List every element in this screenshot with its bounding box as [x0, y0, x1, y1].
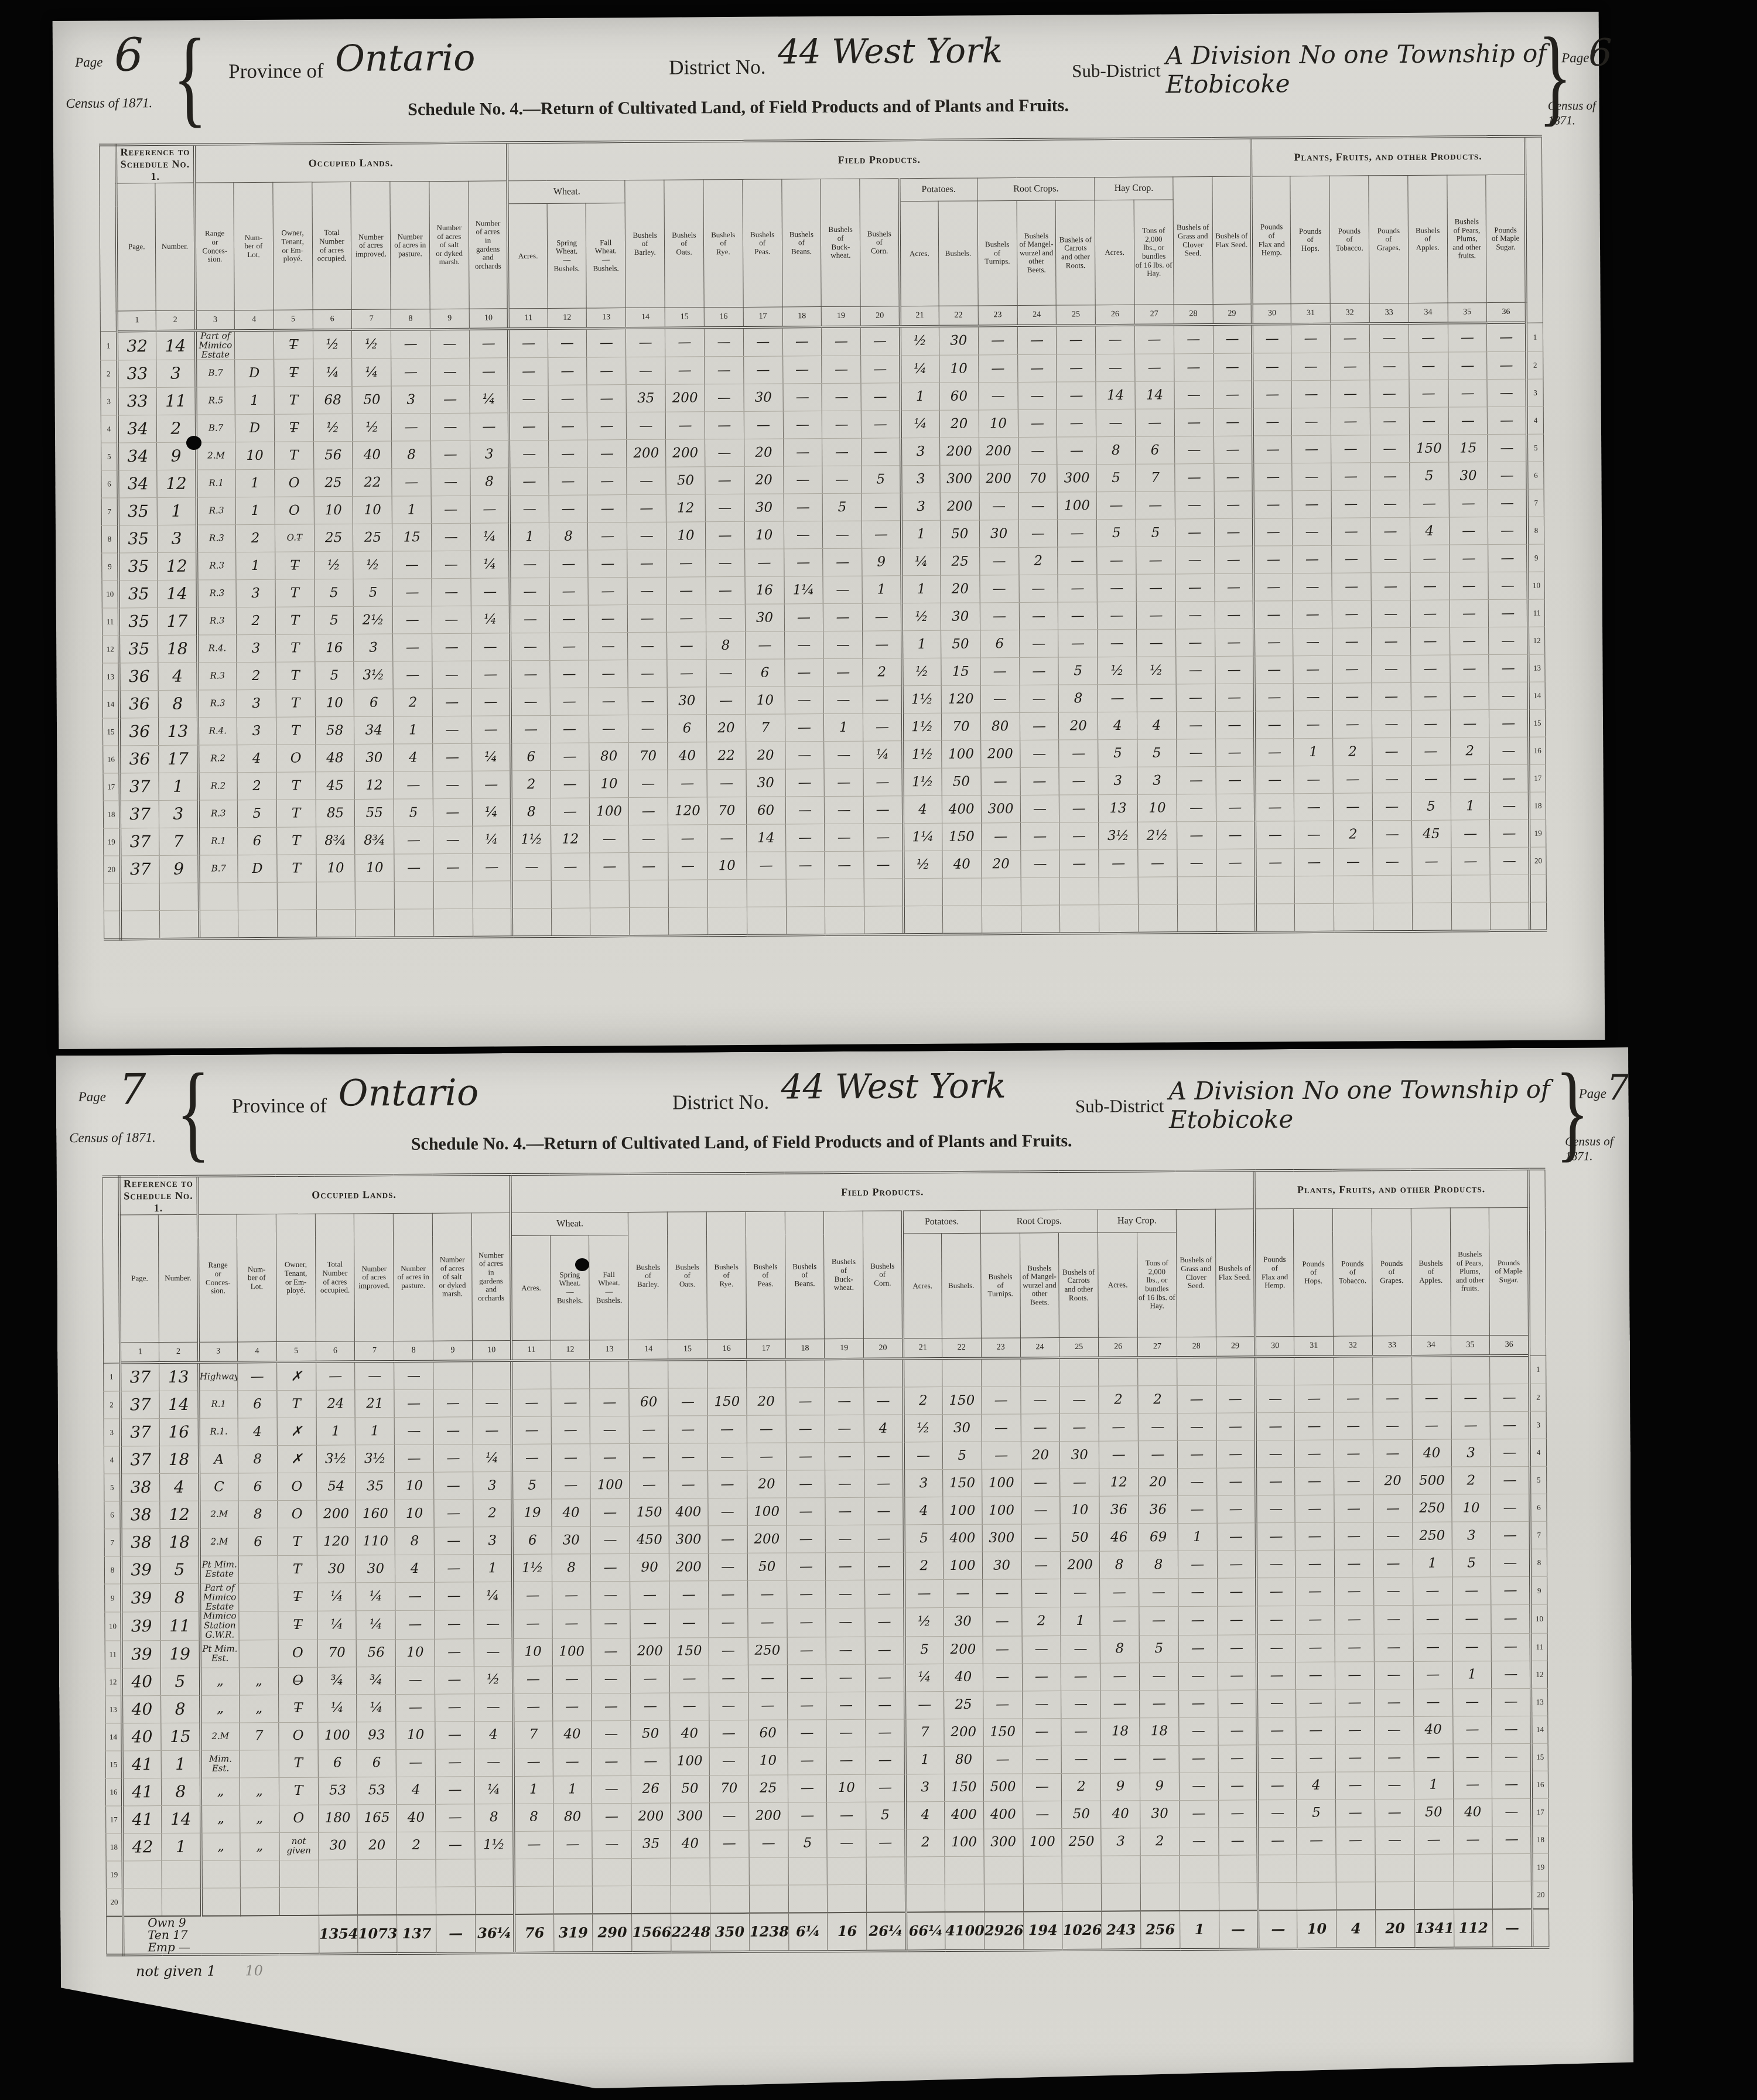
table-cell: — [1334, 1385, 1373, 1412]
page-word-right: Page [1561, 50, 1589, 66]
table-cell: — [1492, 1771, 1532, 1798]
table-cell: 25 [944, 1691, 983, 1719]
table-cell: — [1098, 685, 1137, 712]
table-cell [162, 1888, 201, 1916]
table-cell: — [709, 1747, 748, 1775]
column-header: 28 [1174, 304, 1213, 325]
table-cell [1101, 1855, 1140, 1883]
table-cell: ¼ [474, 1776, 514, 1804]
table-cell: 45 [1411, 820, 1451, 848]
table-cell: — [982, 1442, 1021, 1469]
row-number: 3 [1530, 1411, 1547, 1439]
census-label-right: Census of 1871. [1565, 1134, 1629, 1164]
table-cell: — [705, 412, 744, 439]
column-header: 19 [825, 1338, 864, 1359]
table-cell [629, 1360, 668, 1389]
table-cell: — [1256, 1467, 1295, 1495]
table-cell: 200 [627, 439, 666, 467]
table-cell: ½ [901, 603, 941, 631]
table-cell: 15 [1448, 435, 1488, 462]
table-cell: 100 [552, 1638, 592, 1665]
table-cell: — [627, 467, 666, 494]
row-number [1530, 902, 1547, 931]
row-number: 2 [1526, 351, 1543, 379]
table-cell: — [1370, 463, 1410, 490]
table-cell: 400 [983, 1801, 1023, 1828]
table-cell: 70 [941, 713, 980, 740]
table-cell: — [1333, 711, 1372, 738]
table-cell [514, 1886, 553, 1914]
table-cell: — [1214, 408, 1253, 436]
table-cell: — [591, 1581, 630, 1610]
column-header: 36 [1487, 302, 1526, 323]
row-number: 12 [102, 636, 119, 663]
table-cell: — [471, 688, 511, 716]
table-cell: C [199, 1473, 238, 1501]
row-number: 3 [104, 1419, 121, 1446]
table-cell [1023, 1856, 1062, 1883]
table-cell: — [430, 413, 470, 441]
table-cell: — [787, 1553, 826, 1580]
table-cell: — [1214, 436, 1253, 463]
table-cell: — [866, 1774, 905, 1801]
table-cell: 35 [626, 384, 665, 412]
table-cell [982, 906, 1021, 934]
column-header: 28 [1177, 1337, 1216, 1357]
table-cell: — [822, 383, 861, 411]
table-cell: R.3 [196, 497, 235, 525]
table-cell: 20 [744, 466, 784, 494]
table-cell: 5 [823, 493, 862, 521]
column-header: 29 [1216, 1337, 1255, 1357]
table-cell: 50 [1414, 1799, 1453, 1826]
table-cell: 200 [1061, 1551, 1100, 1579]
table-cell [593, 1858, 632, 1886]
row-number: 11 [1531, 1633, 1548, 1661]
table-cell: Part of Mimico Estate [200, 1583, 239, 1612]
table-cell: 8 [1139, 1551, 1178, 1579]
table-cell: — [705, 494, 744, 522]
table-cell: — [1488, 572, 1527, 599]
table-cell: — [665, 357, 705, 384]
table-cell: — [1216, 794, 1255, 821]
table-cell: 1 [900, 383, 939, 411]
table-cell: ½ [903, 1415, 942, 1442]
table-cell: 40 [353, 441, 392, 469]
table-cell [746, 1360, 785, 1388]
column-header: Number. [155, 183, 195, 310]
table-cell: 20 [982, 851, 1021, 878]
table-cell: — [1059, 1386, 1099, 1413]
table-cell: 100 [1023, 1828, 1062, 1856]
table-cell: — [784, 604, 823, 631]
table-cell: — [1017, 354, 1057, 382]
table-cell: — [1058, 520, 1097, 547]
table-cell: — [473, 1416, 512, 1444]
column-header: Plants, Fruits, and other Products. [1254, 1169, 1528, 1209]
table-cell: 14 [1096, 382, 1135, 409]
table-cell: 1 [824, 713, 863, 741]
table-cell [1216, 876, 1256, 904]
column-header: Number of acres of salt or dyked marsh. [432, 1213, 472, 1341]
ink-dot [575, 1258, 589, 1271]
table-cell: — [1213, 325, 1252, 354]
table-cell: — [1291, 381, 1331, 408]
table-cell: — [394, 1417, 433, 1445]
column-header: 26 [1099, 1337, 1138, 1358]
column-header: 34 [1411, 1336, 1451, 1356]
table-cell: R.1 [196, 470, 235, 497]
district-value: 44 West York [781, 1066, 1006, 1107]
table-cell: — [550, 688, 589, 715]
table-cell: — [743, 356, 782, 384]
table-cell: — [826, 1609, 865, 1637]
table-cell: 30 [979, 520, 1018, 548]
table-cell: — [552, 1693, 592, 1720]
row-number: 5 [1527, 434, 1544, 462]
column-header: Potatoes. [899, 178, 977, 202]
subdistrict-value: A Division No one Township of Etobicoke [1165, 39, 1553, 98]
table-cell: — [1100, 1607, 1139, 1635]
table-cell: — [1491, 1466, 1530, 1494]
table-cell: — [1020, 740, 1059, 767]
table-cell: D [235, 415, 274, 442]
table-cell: — [864, 1470, 904, 1497]
row-number: 14 [1529, 682, 1546, 709]
page-number-right: 7 [1607, 1067, 1630, 1108]
table-cell [238, 1556, 278, 1583]
table-cell: — [1098, 630, 1137, 657]
table-cell [355, 882, 395, 909]
table-cell: — [666, 549, 706, 577]
table-cell: 8¾ [316, 827, 355, 855]
table-cell [1140, 1855, 1180, 1883]
table-cell: 2 [511, 771, 551, 798]
table-cell: 1566 [632, 1913, 671, 1952]
table-cell: ¼ [471, 551, 510, 578]
table-cell: — [436, 1914, 476, 1953]
row-number: 4 [101, 415, 118, 443]
table-cell: — [1253, 436, 1292, 463]
table-cell: 1 [473, 1554, 512, 1582]
column-header: 21 [900, 306, 939, 326]
table-cell: — [1452, 1605, 1491, 1634]
table-cell [903, 879, 942, 906]
table-cell: — [706, 687, 746, 715]
table-cell: 112 [1454, 1909, 1493, 1948]
table-cell: — [826, 1747, 866, 1774]
table-cell: — [1257, 1827, 1297, 1855]
table-cell: 10 [939, 355, 979, 383]
table-cell: — [509, 413, 548, 441]
table-cell: 41 [122, 1750, 162, 1778]
table-cell: — [548, 329, 587, 358]
table-cell: — [1334, 1495, 1373, 1522]
table-cell: — [1217, 1578, 1256, 1607]
table-cell: 5 [1411, 793, 1451, 820]
table-cell: T [275, 607, 315, 634]
table-cell: — [1214, 463, 1253, 491]
table-cell: — [1175, 574, 1215, 602]
column-header: Bushels of Beans. [785, 1211, 825, 1339]
table-cell: — [1491, 1411, 1530, 1439]
table-cell: — [1253, 408, 1292, 436]
table-cell: — [1375, 1716, 1414, 1744]
column-header: 8 [391, 309, 430, 330]
table-cell: — [1175, 464, 1214, 491]
table-cell: — [1177, 849, 1216, 877]
row-number: 1 [100, 331, 117, 360]
table-cell: — [1174, 436, 1214, 464]
table-cell: — [1294, 1385, 1334, 1412]
table-cell: — [783, 439, 822, 466]
table-cell: — [512, 1416, 551, 1444]
table-cell: 500 [1412, 1467, 1451, 1494]
table-cell [473, 909, 512, 937]
table-cell: 40 [668, 742, 707, 770]
table-cell: 70 [317, 1639, 357, 1667]
table-cell: — [747, 1443, 786, 1470]
table-cell: O [275, 469, 314, 497]
table-cell: 20 [939, 410, 979, 438]
subdistrict-label: Sub-District [1072, 60, 1161, 82]
table-cell: — [1331, 323, 1370, 353]
province-value: Ontario [335, 36, 476, 80]
column-header: 31 [1291, 303, 1330, 324]
column-header: Wheat. [511, 1212, 628, 1235]
table-cell: — [983, 1663, 1022, 1691]
table-cell: — [552, 1582, 591, 1610]
table-cell: — [392, 469, 431, 496]
table-cell [1297, 1882, 1336, 1910]
table-cell [123, 1860, 162, 1888]
table-cell: — [979, 493, 1018, 520]
table-cell [201, 1860, 240, 1887]
province-label: Province of [228, 59, 324, 83]
table-cell: 20 [1021, 1442, 1060, 1469]
table-cell: — [551, 1444, 590, 1471]
table-cell: — [1018, 492, 1058, 520]
table-cell [316, 882, 355, 910]
table-cell [1334, 876, 1373, 903]
table-cell: — [628, 660, 667, 687]
table-cell: B.7 [199, 855, 238, 883]
table-cell: — [587, 385, 626, 412]
table-cell: — [1057, 325, 1096, 354]
table-cell [1216, 1357, 1255, 1385]
table-cell: — [1137, 629, 1176, 657]
table-cell: 60 [629, 1388, 668, 1416]
table-cell: — [1295, 1440, 1334, 1467]
table-cell [788, 1884, 828, 1913]
table-cell: 10 [316, 855, 355, 882]
table-cell: 150 [630, 1498, 669, 1526]
table-cell [355, 909, 395, 938]
table-cell: — [785, 714, 824, 742]
table-cell: — [1487, 379, 1526, 407]
table-cell: 30 [944, 1608, 983, 1637]
table-cell: 14 [156, 331, 196, 360]
table-cell: 9 [1140, 1773, 1179, 1800]
table-cell: — [787, 1609, 826, 1637]
table-cell: 32 [117, 331, 156, 360]
table-cell: 20 [744, 439, 783, 466]
column-header: Page. [116, 183, 156, 311]
table-cell: 4 [237, 745, 276, 773]
table-cell: — [1175, 547, 1215, 574]
row-number [104, 911, 121, 940]
table-cell: O.T̶ [275, 524, 314, 552]
table-cell: — [1413, 1605, 1452, 1634]
table-cell: T [276, 827, 316, 855]
table-cell: — [435, 1582, 474, 1611]
table-cell: — [823, 548, 862, 576]
table-cell: — [709, 1665, 748, 1692]
table-cell: 250 [1413, 1494, 1452, 1522]
row-number: 16 [1529, 737, 1546, 764]
table-cell: 39 [121, 1556, 160, 1584]
table-cell: — [748, 1692, 787, 1720]
table-cell: 319 [553, 1914, 593, 1952]
table-cell: — [1333, 766, 1372, 793]
table-cell [1219, 1882, 1258, 1910]
table-cell: 9 [1101, 1773, 1140, 1800]
table-cell [905, 1884, 945, 1912]
table-cell: 1 [162, 1833, 201, 1860]
table-cell: — [825, 796, 864, 824]
table-cell: — [591, 1553, 630, 1581]
table-cell [707, 1360, 747, 1388]
table-cell: 1 [901, 576, 941, 603]
table-cell [1294, 1357, 1334, 1385]
column-header: Page. [119, 1215, 159, 1343]
table-cell: — [626, 357, 665, 384]
table-cell [903, 906, 942, 935]
table-cell: 2 [1018, 547, 1058, 575]
table-cell: — [1334, 1440, 1373, 1467]
row-number: 2 [104, 1391, 121, 1419]
column-header: Bushels of Flax Seed. [1215, 1209, 1255, 1337]
table-cell: — [1373, 1412, 1412, 1439]
table-cell: — [1179, 1745, 1218, 1773]
table-cell [1336, 1882, 1375, 1910]
table-cell: 4 [864, 1415, 903, 1442]
table-cell: — [665, 327, 704, 357]
table-cell: — [510, 468, 549, 496]
table-cell: — [630, 1471, 669, 1498]
table-cell: 12 [160, 1501, 199, 1528]
table-cell: — [628, 632, 667, 660]
table-cell: O [279, 1805, 318, 1832]
table-cell: — [822, 438, 862, 466]
table-cell: — [668, 1443, 707, 1471]
table-cell: — [861, 383, 900, 411]
column-header: Pounds of Grapes. [1372, 1208, 1411, 1336]
column-header: 3 [195, 310, 234, 331]
table-cell: 4100 [945, 1911, 984, 1950]
table-cell [514, 1859, 553, 1886]
table-cell: R.3 [197, 525, 236, 552]
table-cell: — [1061, 1579, 1100, 1607]
table-cell: — [1411, 765, 1451, 793]
table-cell: Mimico Station G.W.R. [200, 1611, 239, 1640]
table-cell: — [592, 1803, 631, 1831]
column-header: Bushels of Pears, Plums, and other fruit… [1447, 175, 1486, 303]
table-cell: 8 [552, 1554, 591, 1582]
table-cell: — [1060, 1469, 1099, 1496]
table-cell: — [865, 1552, 904, 1580]
table-cell: T [278, 1528, 317, 1555]
table-cell: ¼ [471, 606, 510, 633]
column-header: Num- ber of Lot. [237, 1214, 276, 1342]
table-cell: 10 [395, 1639, 435, 1667]
table-cell: — [1177, 794, 1216, 822]
table-cell: 6 [357, 1749, 396, 1777]
table-cell: 2 [1451, 1467, 1491, 1494]
column-header: Spring Wheat. — Bushels. [550, 1235, 590, 1340]
table-cell: 2.M [200, 1722, 240, 1750]
row-number: 7 [101, 498, 118, 525]
table-cell: 10 [979, 410, 1018, 438]
row-number: 13 [105, 1695, 122, 1723]
table-cell: — [1370, 435, 1410, 463]
table-cell: 5 [1137, 739, 1177, 767]
table-cell: — [474, 1610, 513, 1639]
table-cell: — [433, 1417, 473, 1445]
table-cell [1451, 903, 1491, 931]
table-cell [1062, 1883, 1102, 1911]
table-cell: 2 [235, 525, 275, 552]
table-cell: — [1100, 1579, 1139, 1607]
table-cell: — [1216, 1468, 1256, 1495]
column-header: 35 [1451, 1336, 1490, 1356]
table-cell: — [393, 634, 432, 661]
table-cell: 290 [593, 1913, 632, 1952]
table-cell: — [1375, 1826, 1414, 1854]
table-cell: — [1139, 1579, 1178, 1607]
table-cell: — [1372, 738, 1411, 766]
table-cell [1454, 1853, 1493, 1881]
table-cell: 30 [1060, 1441, 1099, 1469]
table-cell: 30 [317, 1555, 356, 1583]
column-header: 6 [316, 1341, 355, 1362]
table-cell: 300 [669, 1526, 708, 1553]
table-cell [1062, 1856, 1101, 1883]
table-cell: 243 [1102, 1911, 1141, 1949]
table-cell: — [1413, 1577, 1452, 1606]
table-cell: 400 [944, 1801, 983, 1829]
table-cell: 20 [1059, 712, 1098, 740]
table-cell: 250 [748, 1637, 787, 1665]
table-cell: 60 [748, 1720, 788, 1747]
table-cell: — [587, 412, 627, 440]
table-cell: — [785, 852, 825, 879]
table-cell: — [784, 521, 823, 549]
table-cell: 300 [982, 1524, 1021, 1552]
table-cell: — [826, 1637, 866, 1664]
table-cell: 80 [589, 743, 628, 770]
table-cell: — [864, 851, 903, 879]
column-header: Pounds of Hops. [1294, 1208, 1334, 1336]
table-cell: O [275, 497, 314, 524]
table-cell: 2 [1334, 821, 1373, 848]
table-cell: — [1488, 544, 1527, 572]
table-cell: — [1294, 848, 1334, 876]
table-cell: 400 [669, 1498, 708, 1526]
table-cell: — [514, 1749, 553, 1776]
table-cell: ½ [474, 1666, 513, 1693]
table-cell: 4 [238, 1418, 277, 1446]
